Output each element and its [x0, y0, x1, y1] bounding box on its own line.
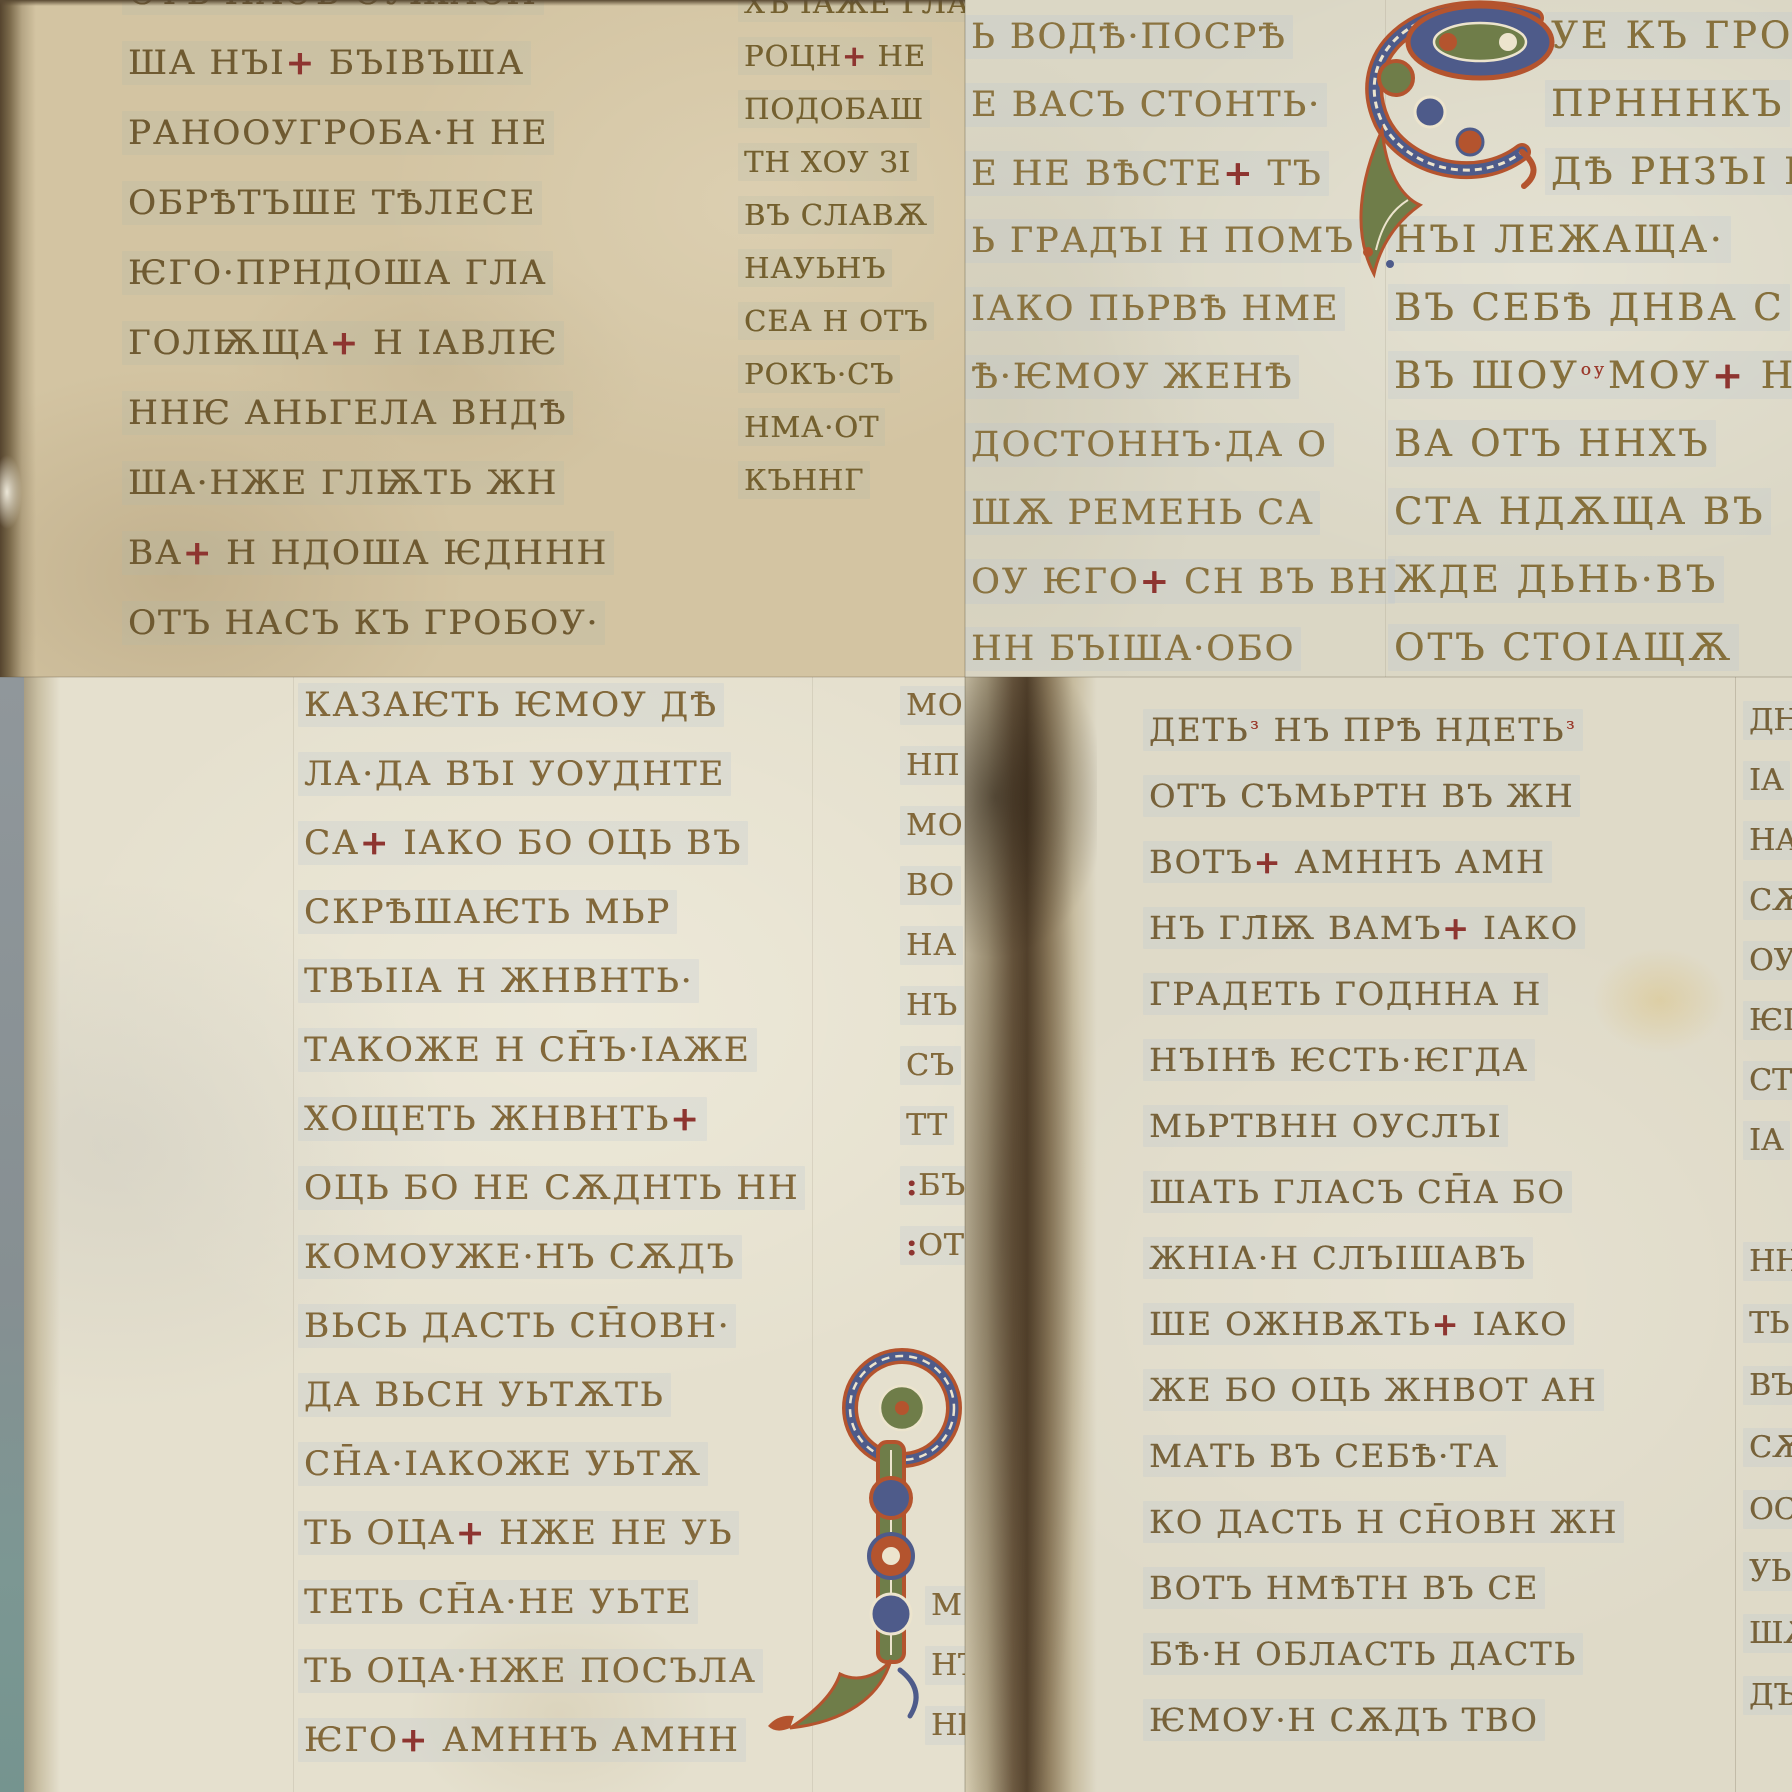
- manuscript-text: МАТЬ ВЪ СЕБѢ·ТА: [1143, 1435, 1506, 1477]
- manuscript-text: ОСЕ: [1743, 1490, 1792, 1529]
- text-column-fragment: МОНПМОВОНАНЪСЪТТ:БЪ:ОТ: [900, 677, 965, 1275]
- manuscript-text: ТЕТЬ СН̄А·НЕ УЬТЕ: [298, 1580, 698, 1624]
- text-line: Ь ВОДѢ·ПОСРѢ: [965, 3, 1355, 71]
- manuscript-text: НН: [1743, 1242, 1792, 1281]
- text-line: ХОЩЕТЬ ЖНВНТЬ+: [298, 1084, 828, 1153]
- text-line: ІА: [1743, 750, 1792, 810]
- text-line: ТЬ: [1743, 1292, 1792, 1354]
- rubric-cross: +: [1442, 909, 1471, 947]
- text-line: ДН: [1743, 690, 1792, 750]
- manuscript-text: ЖЕ БО ОЦ̄Ь ЖНВОТ АН: [1143, 1369, 1604, 1411]
- manuscript-text: ТАКОЖЕ Н СН̄Ъ·ІАЖЕ: [298, 1028, 757, 1072]
- text-line: СЪ: [900, 1035, 965, 1095]
- manuscript-page-top-right: Ь ВОДѢ·ПОСРѢЕ ВАСЪ СТОНТЬ·Е НЕ ВѢСТЕ+ ТЪ…: [965, 0, 1792, 677]
- text-line: Е НЕ ВѢСТЕ+ ТЪ: [965, 139, 1355, 207]
- manuscript-text: ДОСТОННЪ·ДА О: [965, 423, 1334, 467]
- manuscript-text: ХОЩЕТЬ ЖНВНТЬ+: [298, 1097, 707, 1141]
- text-line: ВО: [900, 855, 965, 915]
- initial-fishtail: [790, 1660, 891, 1728]
- text-line: ѤГО·ПРНДОША ГЛА: [122, 238, 742, 308]
- manuscript-text: ДЪ: [1743, 1676, 1792, 1715]
- text-line: РАНООУГРОБА·Н НЕ: [122, 98, 742, 168]
- manuscript-text: СКРѢШАѤТЬ МЬР: [298, 890, 677, 934]
- book-gutter: [965, 677, 1097, 1792]
- manuscript-text: КЪННГ: [738, 461, 870, 499]
- text-line: ТАКОЖЕ Н СН̄Ъ·ІАЖЕ: [298, 1015, 828, 1084]
- text-line: ЛА·ДА ВЪІ УОУДНТЕ: [298, 739, 828, 808]
- manuscript-text: СТА НДѪЩА ВЪ: [1388, 488, 1771, 535]
- text-line: ОТЪ СТОІАЩѪ: [1388, 613, 1792, 677]
- manuscript-text: СЪ: [900, 1046, 961, 1085]
- text-line: СКРѢШАѤТЬ МЬР: [298, 877, 828, 946]
- manuscript-text: КОМОУЖЕ·НЪ СѪДЪ: [298, 1235, 742, 1279]
- text-line: ВЬСЬ ДАСТЬ СН̄ОВН·: [298, 1291, 828, 1360]
- manuscript-text: ОТЪ НАСЪ КЪ ГРОБОУ·: [122, 601, 605, 645]
- manuscript-text: НЪ ГЛ̄Ѭ ВАМЪ+ ІАКО: [1143, 907, 1585, 949]
- text-line: ОТЪ НАСЪ ОУЖАСН: [122, 0, 742, 28]
- manuscript-text: НН БЪІША·ОБО: [965, 627, 1301, 671]
- manuscript-text: ДѢ РНЗЪІ Н: [1545, 148, 1792, 195]
- illuminated-initial-v: [1330, 0, 1560, 290]
- manuscript-text: :БЪ: [900, 1166, 965, 1205]
- rubric-cross: +: [1223, 153, 1254, 194]
- manuscript-text: ІА: [1743, 1121, 1790, 1160]
- text-line: ТЬ ОЦ̄А·НЖЕ ПОСЪЛА: [298, 1636, 828, 1705]
- text-line: :БЪ: [900, 1155, 965, 1215]
- rubric-cross: +: [1254, 843, 1283, 881]
- text-line: Ѣ·ѤМОУ ЖЕНѢ: [965, 343, 1355, 411]
- text-line: СН̄А·ІАКОЖЕ УЬТѪ: [298, 1429, 828, 1498]
- rubric-colon: :: [906, 1168, 918, 1203]
- manuscript-text: ОТЪ СЪМЬРТН ВЪ ЖН: [1143, 775, 1580, 817]
- manuscript-text: ОТЪ СТОІАЩѪ: [1388, 624, 1739, 671]
- manuscript-text: ІАКО ПЬРВѢ НМЕ: [965, 287, 1345, 331]
- text-line: МО: [900, 677, 965, 735]
- initial-knot-center: [882, 1547, 900, 1565]
- text-line: ОУ: [1743, 930, 1792, 990]
- ruling-line: [1735, 677, 1736, 1792]
- manuscript-text: ВО: [900, 866, 961, 905]
- rubric-cross: +: [1712, 353, 1746, 397]
- text-line: ВЪ: [1743, 1354, 1792, 1416]
- text-line: СЕА Н ОТЪ: [738, 294, 965, 347]
- rubric-cross: +: [670, 1099, 701, 1139]
- superscript-mark: з: [1250, 716, 1260, 733]
- text-column-fragment: ДНІАНАСѪОУѤГСТІА: [1743, 690, 1792, 1170]
- text-line: СТ: [1743, 1050, 1792, 1110]
- superscript-mark: оу: [1581, 360, 1607, 380]
- text-line: НП: [900, 735, 965, 795]
- manuscript-text: СН̄А·ІАКОЖЕ УЬТѪ: [298, 1442, 708, 1486]
- rubric-cross: +: [183, 533, 214, 573]
- manuscript-text: ННѤ АНЬГЕЛА ВНДѢ: [122, 391, 573, 435]
- manuscript-text: ВЬСЬ ДАСТЬ СН̄ОВН·: [298, 1304, 736, 1348]
- text-line: ЖНІА·Н СЛЪІШАВЪ: [1143, 1225, 1623, 1291]
- text-line: МАТЬ ВЪ СЕБѢ·ТА: [1143, 1423, 1623, 1489]
- text-line: СѪ: [1743, 870, 1792, 930]
- text-line: НМА·ОТ: [738, 400, 965, 453]
- manuscript-text: ШѪ РЕМЕНЬ СА: [965, 491, 1320, 535]
- manuscript-text: ЖНІА·Н СЛЪІШАВЪ: [1143, 1237, 1533, 1279]
- text-line: КО ДАСТЬ Н СН̄ОВН ЖН: [1143, 1489, 1623, 1555]
- manuscript-text: ОБРѢТЪШЕ ТѢЛЕСЕ: [122, 181, 542, 225]
- text-line: ША НЪІ+ БЪІВЪША: [122, 28, 742, 98]
- rubric-cross: +: [330, 323, 361, 363]
- manuscript-page-bottom-right: ДЕТЬз НЪ ПРѢ НДЕТЬзОТЪ СЪМЬРТН ВЪ ЖНВОТЪ…: [965, 677, 1792, 1792]
- manuscript-text: РОКЪ·СЪ: [738, 355, 900, 393]
- page-left-edge: [24, 677, 60, 1792]
- initial-berry: [1386, 260, 1394, 268]
- text-line: ТЬ ОЦ̄А+ НЖЕ НЕ УЬ: [298, 1498, 828, 1567]
- manuscript-text: ДН: [1743, 701, 1792, 740]
- manuscript-text: МО: [900, 806, 965, 845]
- initial-knot: [871, 1478, 911, 1518]
- text-line: ГРАДЕТЬ ГОДННА Н: [1143, 961, 1623, 1027]
- manuscript-text: ШѪ: [1743, 1614, 1792, 1653]
- text-line: ВА ОТЪ ННХЪ: [1388, 409, 1792, 477]
- rubric-cross: +: [1432, 1305, 1461, 1343]
- manuscript-text: СѪ: [1743, 881, 1792, 920]
- text-line: УЬ: [1743, 1540, 1792, 1602]
- manuscript-text: ВОТЪ НМѢТН ВЪ СЕ: [1143, 1567, 1545, 1609]
- initial-knot: [1457, 129, 1483, 155]
- text-line: ША·НЖЕ ГЛѬТЬ ЖН: [122, 448, 742, 518]
- manuscript-text: МЬРТВНН ОУСЛЪІ: [1143, 1105, 1508, 1147]
- text-line: ШѪ: [1743, 1602, 1792, 1664]
- rubric-cross: +: [360, 823, 391, 863]
- text-line: ТЕТЬ СН̄А·НЕ УЬТЕ: [298, 1567, 828, 1636]
- text-line: КОМОУЖЕ·НЪ СѪДЪ: [298, 1222, 828, 1291]
- manuscript-text: ДЕТЬз НЪ ПРѢ НДЕТЬз: [1143, 709, 1583, 751]
- manuscript-text: ТЬ ОЦ̄А+ НЖЕ НЕ УЬ: [298, 1511, 739, 1555]
- rubric-colon: :: [906, 1228, 918, 1263]
- text-column: КАЗАѤТЬ ѤМОУ ДѢЛА·ДА ВЪІ УОУДНТЕСА+ ІАКО…: [298, 677, 828, 1774]
- text-line: ОЦ̄Ь БО НЕ СѪДНТЬ НН: [298, 1153, 828, 1222]
- text-line: МО: [900, 795, 965, 855]
- text-line: Е ВАСЪ СТОНТЬ·: [965, 71, 1355, 139]
- manuscript-text: Е НЕ ВѢСТЕ+ ТЪ: [965, 151, 1329, 196]
- text-line: РОЦН+ НЕ: [738, 29, 965, 82]
- manuscript-text: РАНООУГРОБА·Н НЕ: [122, 111, 554, 155]
- parchment-tear: [0, 455, 22, 529]
- text-line: ДА ВЬСН УЬТѪТЬ: [298, 1360, 828, 1429]
- manuscript-text: ВЪ СЛАВѪ: [738, 196, 934, 234]
- manuscript-text: ВА ОТЪ ННХЪ: [1388, 420, 1716, 467]
- text-line: ѤГ: [1743, 990, 1792, 1050]
- text-line: НЪ ГЛ̄Ѭ ВАМЪ+ ІАКО: [1143, 895, 1623, 961]
- manuscript-text: ѤГО+ АМННЪ АМНН: [298, 1718, 746, 1762]
- manuscript-text: ОУ ѤГО+ СН ВЪ ВН: [965, 559, 1395, 604]
- text-line: ѤМОУ·Н СѪДЪ ТВО: [1143, 1687, 1623, 1753]
- initial-berry: [895, 1401, 909, 1415]
- manuscript-text: НЪІНѢ ѤСТЬ·ѤГДА: [1143, 1039, 1535, 1081]
- text-column: Ь ВОДѢ·ПОСРѢЕ ВАСЪ СТОНТЬ·Е НЕ ВѢСТЕ+ ТЪ…: [965, 3, 1355, 677]
- manuscript-text: ТЬ: [1743, 1304, 1792, 1343]
- manuscript-text: Ь ВОДѢ·ПОСРѢ: [965, 15, 1293, 59]
- manuscript-text: СѪ: [1743, 1428, 1792, 1467]
- text-line: ШАТЬ ГЛАСЪ СН̄А БО: [1143, 1159, 1623, 1225]
- text-line: ВА+ Н НДОША ѤДННН: [122, 518, 742, 588]
- text-line: :ОТ: [900, 1215, 965, 1275]
- text-line: НН: [1743, 1230, 1792, 1292]
- manuscript-text: Е ВАСЪ СТОНТЬ·: [965, 83, 1327, 127]
- text-line: ГОЛѬЩА+ Н ІАВЛѤ: [122, 308, 742, 378]
- manuscript-text: ѤГО·ПРНДОША ГЛА: [122, 251, 553, 295]
- manuscript-text: БѢ·Н ОБЛАСТЬ ДАСТЬ: [1143, 1633, 1583, 1675]
- text-column: ХЪ ІАЖЕ ГЛАРОЦН+ НЕПОДОБАШТН ХОУ ЗІВЪ СЛ…: [738, 0, 965, 506]
- manuscript-text: ШЕ ОЖНВѪТЬ+ ІАКО: [1143, 1303, 1574, 1345]
- manuscript-text: ПОДОБАШ: [738, 90, 930, 128]
- manuscript-text: ТВЪІІА Н ЖНВНТЬ·: [298, 959, 699, 1003]
- manuscript-text: ОЦ̄Ь БО НЕ СѪДНТЬ НН: [298, 1166, 805, 1210]
- manuscript-text: :ОТ: [900, 1226, 965, 1265]
- text-line: ТН ХОУ ЗІ: [738, 135, 965, 188]
- initial-berry: [1499, 33, 1517, 51]
- manuscript-text: НЪ: [900, 986, 964, 1025]
- rubric-cross: +: [399, 1720, 430, 1760]
- text-line: ІА: [1743, 1110, 1792, 1170]
- text-line: Ь ГРАДЪІ Н ПОМЪ: [965, 207, 1355, 275]
- manuscript-text: ХЪ ІАЖЕ ГЛА: [738, 0, 965, 22]
- manuscript-text: КО ДАСТЬ Н СН̄ОВН ЖН: [1143, 1501, 1624, 1543]
- text-line: ПОДОБАШ: [738, 82, 965, 135]
- manuscript-text: ШАТЬ ГЛАСЪ СН̄А БО: [1143, 1171, 1572, 1213]
- manuscript-text: ТТ: [900, 1106, 954, 1145]
- manuscript-text: ПРНННКЪ: [1545, 80, 1790, 127]
- text-line: ОУ ѤГО+ СН ВЪ ВН: [965, 547, 1355, 615]
- manuscript-text: НП: [900, 746, 965, 785]
- initial-curl: [900, 1670, 916, 1716]
- manuscript-text: НАУЬНЪ: [738, 249, 892, 287]
- manuscript-text: МО: [900, 686, 965, 725]
- text-line: ДЕТЬз НЪ ПРѢ НДЕТЬз: [1143, 697, 1623, 763]
- text-line: НЪІНѢ ѤСТЬ·ѤГДА: [1143, 1027, 1623, 1093]
- manuscript-text: СА+ ІАКО БО ОЦ̄Ь ВЪ: [298, 821, 748, 865]
- text-line: ННѤ АНЬГЕЛА ВНДѢ: [122, 378, 742, 448]
- manuscript-text: ЛА·ДА ВЪІ УОУДНТЕ: [298, 752, 731, 796]
- text-line: СА+ ІАКО БО ОЦ̄Ь ВЪ: [298, 808, 828, 877]
- rubric-cross: +: [456, 1513, 487, 1553]
- text-line: ДОСТОННЪ·ДА О: [965, 411, 1355, 479]
- text-line: ДЪ: [1743, 1664, 1792, 1726]
- text-line: НА: [1743, 810, 1792, 870]
- initial-knot: [871, 1594, 911, 1634]
- ruling-line: [293, 677, 294, 1792]
- text-line: ВЪ СЛАВѪ: [738, 188, 965, 241]
- manuscript-text: КАЗАѤТЬ ѤМОУ ДѢ: [298, 683, 724, 727]
- text-line: БѢ·Н ОБЛАСТЬ ДАСТЬ: [1143, 1621, 1623, 1687]
- text-line: ТВЪІІА Н ЖНВНТЬ·: [298, 946, 828, 1015]
- text-line: СѪ: [1743, 1416, 1792, 1478]
- manuscript-text: ДА ВЬСН УЬТѪТЬ: [298, 1373, 671, 1417]
- superscript-mark: з: [1566, 716, 1576, 733]
- manuscript-text: ВЪ ШОУоуМОУ+ Н: [1388, 351, 1792, 399]
- text-line: НАУЬНЪ: [738, 241, 965, 294]
- text-column: ОТЪ НАСЪ ОУЖАСНША НЪІ+ БЪІВЪШАРАНООУГРОБ…: [122, 0, 742, 658]
- illuminated-initial-r: [760, 1330, 965, 1745]
- manuscript-text: СЕА Н ОТЪ: [738, 302, 934, 340]
- manuscript-page-bottom-left: КАЗАѤТЬ ѤМОУ ДѢЛА·ДА ВЪІ УОУДНТЕСА+ ІАКО…: [0, 677, 965, 1792]
- manuscript-text: НМА·ОТ: [738, 408, 885, 446]
- manuscript-page-top-left: ОТЪ НАСЪ ОУЖАСНША НЪІ+ БЪІВЪШАРАНООУГРОБ…: [0, 0, 965, 677]
- text-line: ХЪ ІАЖЕ ГЛА: [738, 0, 965, 29]
- page-binding-edge: [0, 0, 36, 677]
- manuscript-text: ГОЛѬЩА+ Н ІАВЛѤ: [122, 321, 564, 365]
- manuscript-text: ВЪ: [1743, 1366, 1792, 1405]
- manuscript-text: УЬ: [1743, 1552, 1792, 1591]
- manuscript-text: ОУ: [1743, 941, 1792, 980]
- text-line: КЪННГ: [738, 453, 965, 506]
- manuscript-text: ОТЪ НАСЪ ОУЖАСН: [122, 0, 544, 15]
- manuscript-text: ѤГ: [1743, 1001, 1792, 1040]
- manuscript-text: ША·НЖЕ ГЛѬТЬ ЖН: [122, 461, 564, 505]
- text-line: МЬРТВНН ОУСЛЪІ: [1143, 1093, 1623, 1159]
- text-line: ШѪ РЕМЕНЬ СА: [965, 479, 1355, 547]
- initial-berry: [1363, 247, 1373, 257]
- manuscript-text: ЖДЕ ДЬНЬ·ВЪ: [1388, 556, 1724, 603]
- manuscript-text: ГРАДЕТЬ ГОДННА Н: [1143, 973, 1548, 1015]
- text-line: ОБРѢТЪШЕ ТѢЛЕСЕ: [122, 168, 742, 238]
- rubric-cross: +: [1140, 561, 1171, 602]
- initial-knot: [1379, 61, 1413, 95]
- text-line: ОТЪ НАСЪ КЪ ГРОБОУ·: [122, 588, 742, 658]
- manuscript-text: Ѣ·ѤМОУ ЖЕНѢ: [965, 355, 1299, 399]
- manuscript-text: ТН ХОУ ЗІ: [738, 143, 917, 181]
- manuscript-collage: ОТЪ НАСЪ ОУЖАСНША НЪІ+ БЪІВЪШАРАНООУГРОБ…: [0, 0, 1792, 1792]
- text-line: ВОТЪ+ АМННЪ АМН: [1143, 829, 1623, 895]
- text-line: ЖЕ БО ОЦ̄Ь ЖНВОТ АН: [1143, 1357, 1623, 1423]
- manuscript-text: Ь ГРАДЪІ Н ПОМЪ: [965, 219, 1361, 263]
- manuscript-text: УЕ КЪ ГРОБО: [1545, 12, 1792, 59]
- manuscript-text: ША НЪІ+ БЪІВЪША: [122, 41, 531, 85]
- initial-knot: [1415, 97, 1445, 127]
- text-column: ДЕТЬз НЪ ПРѢ НДЕТЬзОТЪ СЪМЬРТН ВЪ ЖНВОТЪ…: [1143, 697, 1623, 1753]
- text-line: ІАКО ПЬРВѢ НМЕ: [965, 275, 1355, 343]
- text-line: ТТ: [900, 1095, 965, 1155]
- text-line: РОКЪ·СЪ: [738, 347, 965, 400]
- text-column-fragment: ННТЬВЪСѪОСЕУЬШѪДЪ: [1743, 1230, 1792, 1726]
- text-line: ѤГО+ АМННЪ АМНН: [298, 1705, 828, 1774]
- rubric-cross: +: [285, 43, 316, 83]
- manuscript-text: РОЦН+ НЕ: [738, 37, 932, 75]
- text-line: ОСЕ: [1743, 1478, 1792, 1540]
- manuscript-text: ВЪ СЕБѢ ДНВА С: [1388, 284, 1790, 331]
- manuscript-text: НА: [1743, 821, 1792, 860]
- scan-background-strip: [0, 677, 24, 1792]
- rubric-cross: +: [842, 39, 867, 73]
- text-line: ЖДЕ ДЬНЬ·ВЪ: [1388, 545, 1792, 613]
- text-line: КАЗАѤТЬ ѤМОУ ДѢ: [298, 677, 828, 739]
- text-line: НН БЪІША·ОБО: [965, 615, 1355, 677]
- text-line: ВЪ ШОУоуМОУ+ Н: [1388, 341, 1792, 409]
- manuscript-text: СТ: [1743, 1061, 1792, 1100]
- manuscript-text: ѤМОУ·Н СѪДЪ ТВО: [1143, 1699, 1545, 1741]
- manuscript-text: ІА: [1743, 761, 1790, 800]
- text-line: ВОТЪ НМѢТН ВЪ СЕ: [1143, 1555, 1623, 1621]
- text-line: ШЕ ОЖНВѪТЬ+ ІАКО: [1143, 1291, 1623, 1357]
- manuscript-text: ТЬ ОЦ̄А·НЖЕ ПОСЪЛА: [298, 1649, 763, 1693]
- text-line: НА: [900, 915, 965, 975]
- manuscript-text: НА: [900, 926, 963, 965]
- manuscript-text: ВОТЪ+ АМННЪ АМН: [1143, 841, 1552, 883]
- text-line: ОТЪ СЪМЬРТН ВЪ ЖН: [1143, 763, 1623, 829]
- manuscript-text: ВА+ Н НДОША ѤДННН: [122, 531, 614, 575]
- initial-curl: [1522, 152, 1534, 186]
- text-line: НЪ: [900, 975, 965, 1035]
- text-line: СТА НДѪЩА ВЪ: [1388, 477, 1792, 545]
- initial-berry: [1439, 33, 1457, 51]
